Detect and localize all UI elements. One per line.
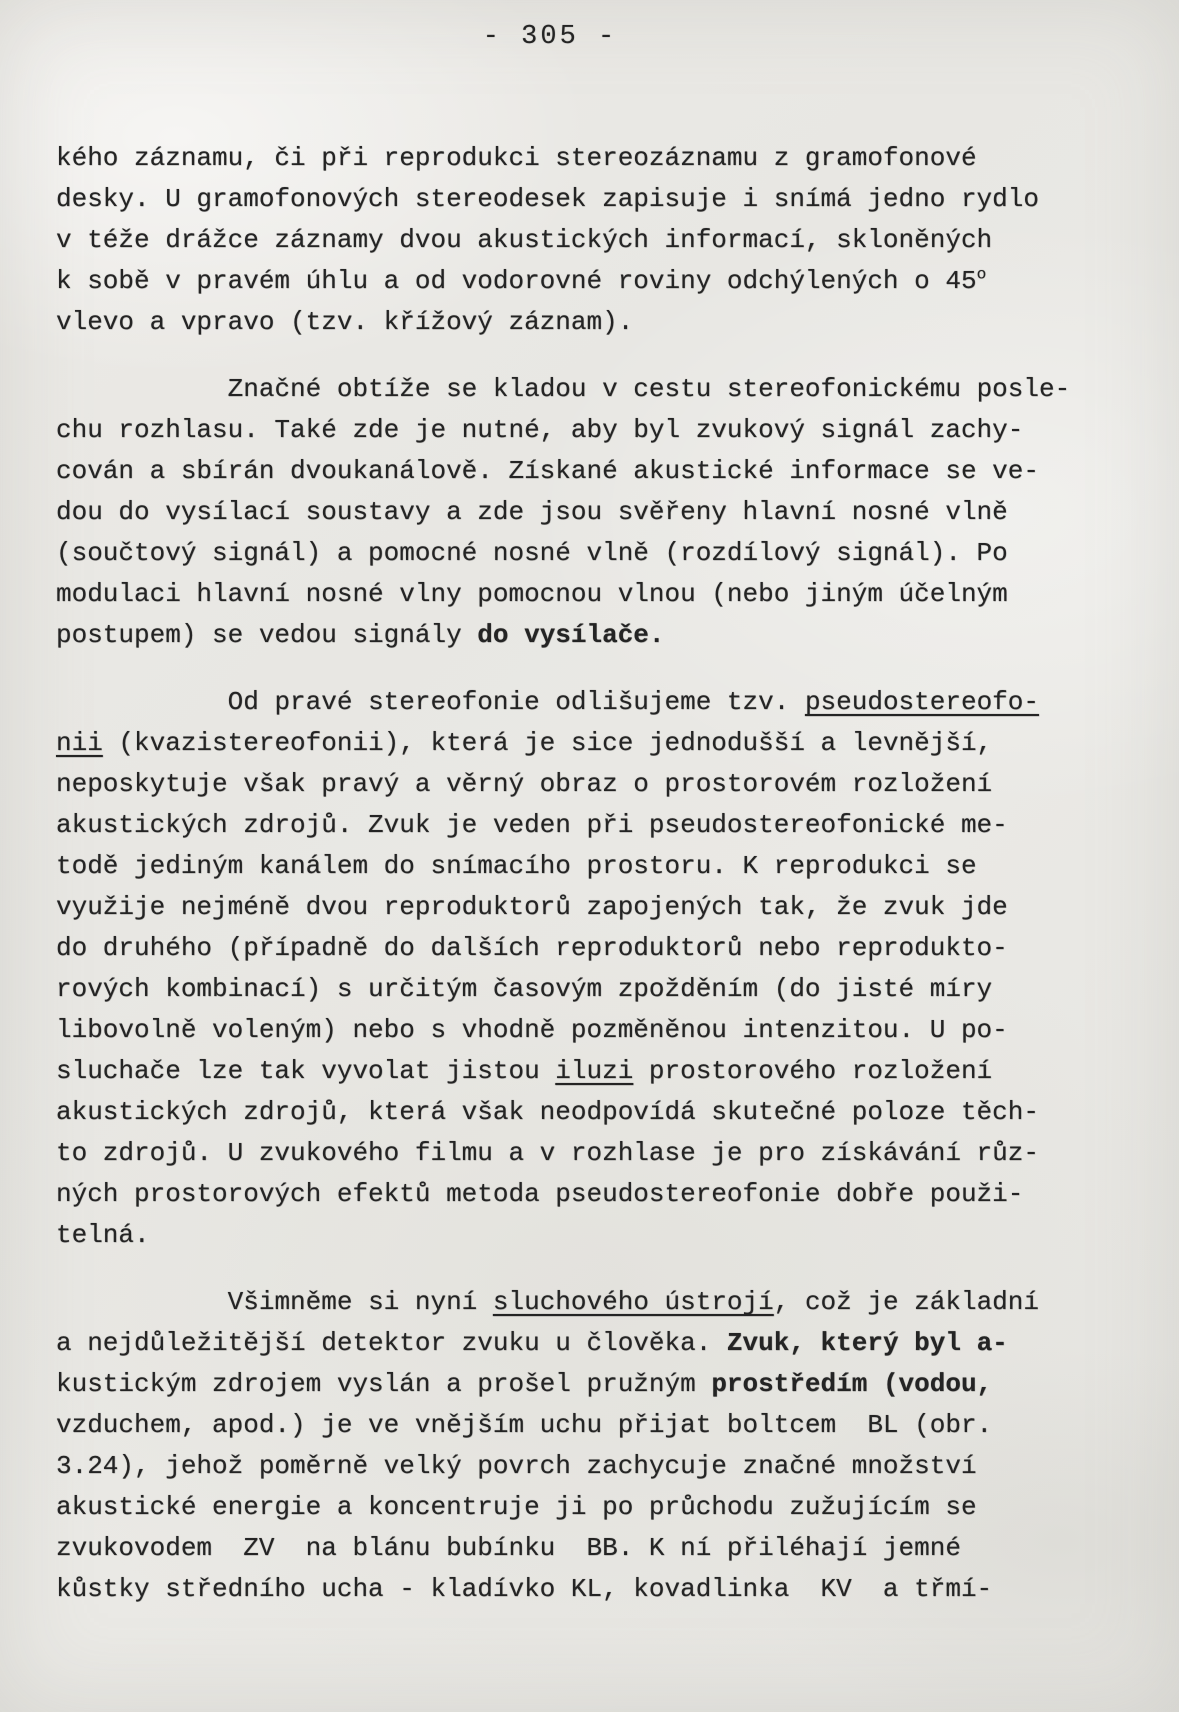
text-line: 3.24), jehož poměrně velký povrch zachyc… [56,1446,1116,1487]
text-segment: to zdrojů. U zvukového filmu a v rozhlas… [56,1138,1039,1168]
text-line: todě jediným kanálem do snímacího prosto… [56,846,1116,887]
text-segment: , což je základní [774,1287,1039,1317]
underlined-text: sluchového ústrojí [493,1287,774,1317]
text-line: kého záznamu, či při reprodukci stereozá… [56,138,1116,179]
text-line: ných prostorových efektů metoda pseudost… [56,1174,1116,1215]
text-line: nii (kvazistereofonii), která je sice je… [56,723,1116,764]
text-segment: neposkytuje však pravý a věrný obraz o p… [56,769,992,799]
text-segment: ných prostorových efektů metoda pseudost… [56,1179,1023,1209]
text-segment: desky. U gramofonových stereodesek zapis… [56,184,1039,214]
text-segment: prostředím (vodou, [711,1369,992,1399]
text-line: chu rozhlasu. Také zde je nutné, aby byl… [56,410,1116,451]
text-segment: (kvazistereofonii), která je sice jednod… [103,728,992,758]
text-segment: využije nejméně dvou reproduktorů zapoje… [56,892,1008,922]
underlined-text: pseudostereofo- [805,687,1039,717]
text-segment: 3.24), jehož poměrně velký povrch zachyc… [56,1451,977,1481]
text-line: a nejdůležitější detektor zvuku u člověk… [56,1323,1116,1364]
text-segment: sluchače lze tak vyvolat jistou [56,1056,555,1086]
text-segment: Značné obtíže se kladou v cestu stereofo… [56,374,1070,404]
text-segment: vlevo a vpravo (tzv. křížový záznam). [56,307,633,337]
text-segment: Zvuk, který byl a- [727,1328,1008,1358]
page-number: - 305 - [0,22,1100,52]
text-segment: do druhého (případně do dalších reproduk… [56,933,1008,963]
text-segment: vzduchem, apod.) je ve vnějším uchu přij… [56,1410,992,1440]
text-segment: todě jediným kanálem do snímacího prosto… [56,851,977,881]
superscript-text: o [977,265,987,283]
text-line: sluchače lze tak vyvolat jistou iluzi pr… [56,1051,1116,1092]
text-line: kustickým zdrojem vyslán a prošel pružný… [56,1364,1116,1405]
paragraph: Všimněme si nyní sluchového ústrojí, což… [56,1282,1116,1610]
text-segment: prostorového rozložení [633,1056,992,1086]
text-line: Značné obtíže se kladou v cestu stereofo… [56,369,1116,410]
text-segment: zvukovodem ZV na blánu bubínku BB. K ní … [56,1533,961,1563]
text-line: kůstky středního ucha - kladívko KL, kov… [56,1569,1116,1610]
text-segment: rových kombinací) s určitým časovým zpož… [56,974,992,1004]
text-line: zvukovodem ZV na blánu bubínku BB. K ní … [56,1528,1116,1569]
text-line: k sobě v pravém úhlu a od vodorovné rovi… [56,261,1116,302]
text-line: dou do vysílací soustavy a zde jsou svěř… [56,492,1116,533]
text-segment: postupem) se vedou signály [56,620,477,650]
text-line: telná. [56,1215,1116,1256]
text-segment: akustických zdrojů, která však neodpovíd… [56,1097,1039,1127]
underlined-text: iluzi [555,1056,633,1086]
text-line: v téže drážce záznamy dvou akustických i… [56,220,1116,261]
document-page: - 305 - kého záznamu, či při reprodukci … [0,0,1179,1712]
text-segment: chu rozhlasu. Také zde je nutné, aby byl… [56,415,1023,445]
text-line: využije nejméně dvou reproduktorů zapoje… [56,887,1116,928]
text-line: akustických zdrojů, která však neodpovíd… [56,1092,1116,1133]
text-segment: k sobě v pravém úhlu a od vodorovné rovi… [56,266,977,296]
text-segment: akustické energie a koncentruje ji po pr… [56,1492,977,1522]
text-segment: cován a sbírán dvoukanálově. Získané aku… [56,456,1039,486]
text-line: to zdrojů. U zvukového filmu a v rozhlas… [56,1133,1116,1174]
text-line: do druhého (případně do dalších reproduk… [56,928,1116,969]
text-segment: kůstky středního ucha - kladívko KL, kov… [56,1574,992,1604]
text-segment: a nejdůležitější detektor zvuku u člověk… [56,1328,727,1358]
text-segment: v téže drážce záznamy dvou akustických i… [56,225,992,255]
text-segment: kustickým zdrojem vyslán a prošel pružný… [56,1369,711,1399]
text-line: rových kombinací) s určitým časovým zpož… [56,969,1116,1010]
text-line: akustických zdrojů. Zvuk je veden při ps… [56,805,1116,846]
text-segment: dou do vysílací soustavy a zde jsou svěř… [56,497,1008,527]
text-line: neposkytuje však pravý a věrný obraz o p… [56,764,1116,805]
text-line: akustické energie a koncentruje ji po pr… [56,1487,1116,1528]
paragraph: Od pravé stereofonie odlišujeme tzv. pse… [56,682,1116,1256]
text-segment: akustických zdrojů. Zvuk je veden při ps… [56,810,1008,840]
underlined-text: nii [56,728,103,758]
text-line: vlevo a vpravo (tzv. křížový záznam). [56,302,1116,343]
text-line: libovolně voleným) nebo s vhodně pozměně… [56,1010,1116,1051]
text-segment: libovolně voleným) nebo s vhodně pozměně… [56,1015,1008,1045]
text-line: (součtový signál) a pomocné nosné vlně (… [56,533,1116,574]
text-line: Od pravé stereofonie odlišujeme tzv. pse… [56,682,1116,723]
text-line: vzduchem, apod.) je ve vnějším uchu přij… [56,1405,1116,1446]
page-body: kého záznamu, či při reprodukci stereozá… [56,138,1116,1636]
text-segment: telná. [56,1220,150,1250]
text-segment: (součtový signál) a pomocné nosné vlně (… [56,538,1008,568]
text-line: postupem) se vedou signály do vysílače. [56,615,1116,656]
text-line: desky. U gramofonových stereodesek zapis… [56,179,1116,220]
text-line: modulaci hlavní nosné vlny pomocnou vlno… [56,574,1116,615]
text-segment: do vysílače. [477,620,664,650]
text-line: Všimněme si nyní sluchového ústrojí, což… [56,1282,1116,1323]
text-segment: Všimněme si nyní [56,1287,493,1317]
text-line: cován a sbírán dvoukanálově. Získané aku… [56,451,1116,492]
text-segment: kého záznamu, či při reprodukci stereozá… [56,143,977,173]
text-segment: modulaci hlavní nosné vlny pomocnou vlno… [56,579,1008,609]
paragraph: kého záznamu, či při reprodukci stereozá… [56,138,1116,343]
paragraph: Značné obtíže se kladou v cestu stereofo… [56,369,1116,656]
text-segment: Od pravé stereofonie odlišujeme tzv. [56,687,805,717]
